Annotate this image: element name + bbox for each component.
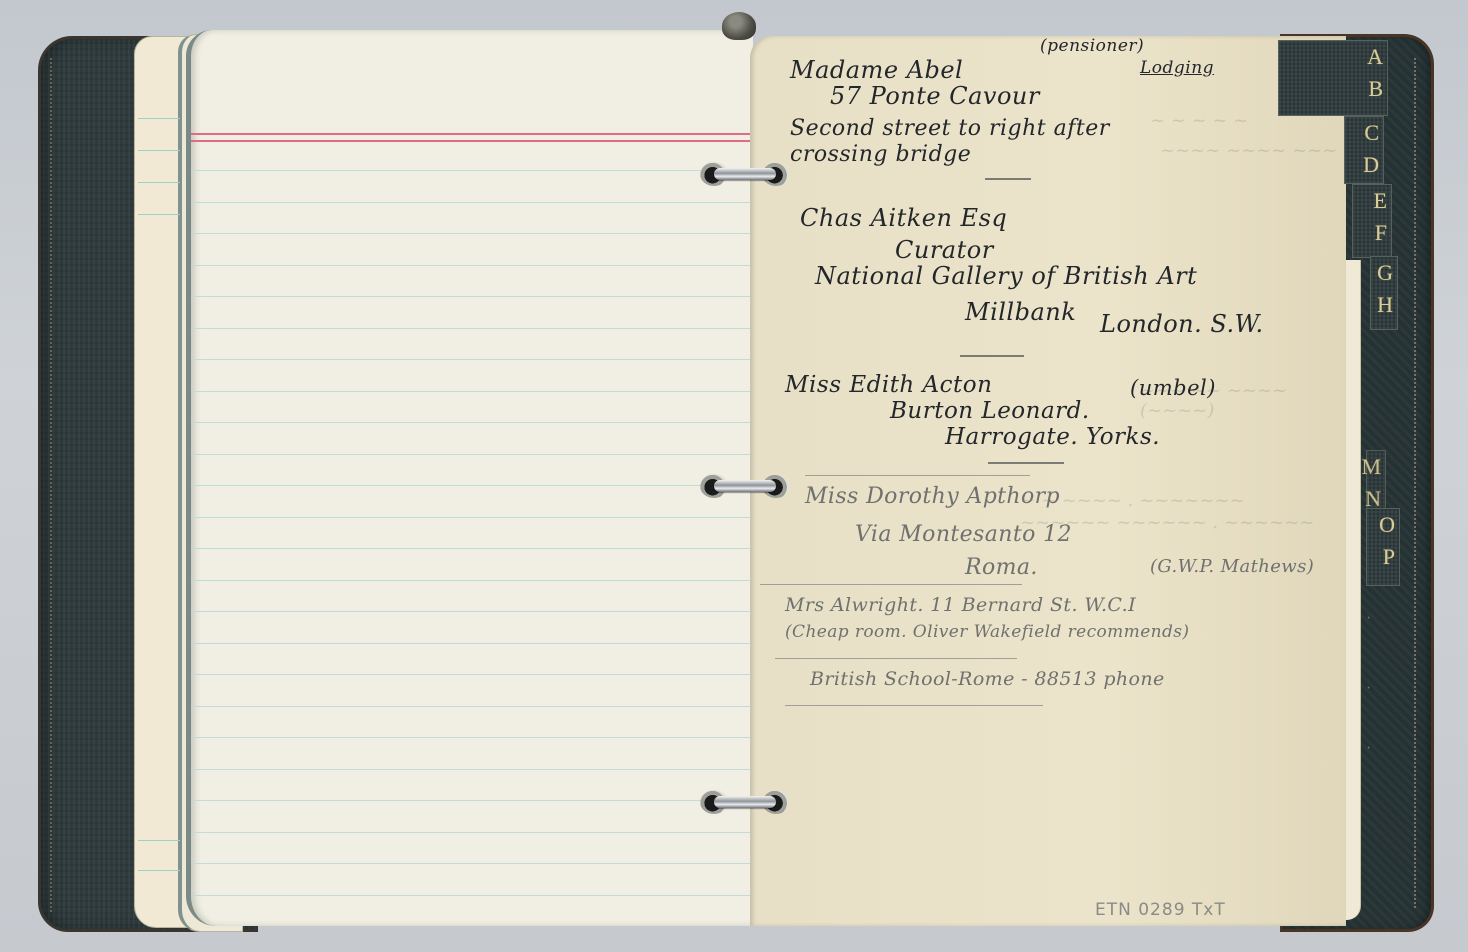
entry-divider bbox=[805, 475, 1030, 476]
margin-rule bbox=[191, 133, 753, 142]
page-ruling bbox=[191, 737, 753, 738]
entry-apthorp-city: Roma. bbox=[965, 555, 1038, 580]
page-ruling bbox=[191, 548, 753, 549]
edge-ruling bbox=[138, 214, 180, 215]
entry-alwright-note: (Cheap room. Oliver Wakefield recommends… bbox=[785, 622, 1189, 642]
left-lined-page[interactable] bbox=[186, 30, 753, 926]
page-ruling bbox=[191, 611, 753, 612]
page-ruling bbox=[191, 265, 753, 266]
index-tab-op[interactable]: O P bbox=[1366, 508, 1400, 586]
page-ruling bbox=[191, 202, 753, 203]
tab-letter: B bbox=[1368, 73, 1383, 105]
entry-acton-note: (umbel) bbox=[1130, 376, 1216, 400]
entry-aitken-title: Curator bbox=[895, 236, 994, 264]
tab-letter: D bbox=[1363, 149, 1379, 181]
entry-acton-town: Harrogate. Yorks. bbox=[945, 424, 1160, 450]
tab-letter: C bbox=[1364, 117, 1379, 149]
edge-ruling bbox=[138, 840, 180, 841]
worn-tab-letter: · bbox=[1366, 740, 1382, 758]
entry-aitken-street: Millbank bbox=[965, 298, 1076, 326]
entry-aitken-institution: National Gallery of British Art bbox=[815, 262, 1197, 290]
entry-divider bbox=[785, 705, 1043, 706]
entry-apthorp-street: Via Montesanto 12 bbox=[855, 522, 1072, 547]
bleed-through-text: ~ ~ ~ ~ ~ bbox=[1150, 110, 1248, 131]
worn-tab-letter: · bbox=[1366, 680, 1382, 698]
entry-apthorp-reference: (G.W.P. Mathews) bbox=[1150, 556, 1314, 577]
bleed-through-text: ~~~~ ~~~~ ~~~ bbox=[1160, 140, 1337, 161]
cover-stitching bbox=[50, 58, 52, 912]
edge-ruling bbox=[138, 182, 180, 183]
entry-abel-directions-1: Second street to right after bbox=[790, 116, 1110, 141]
entry-acton-name: Miss Edith Acton bbox=[785, 372, 992, 398]
catalog-mark: ETN 0289 TxT bbox=[1095, 900, 1226, 920]
bleed-through-text: (~~~~) bbox=[1140, 400, 1214, 421]
entry-aitken-city: London. S.W. bbox=[1100, 310, 1264, 338]
entry-abel-name: Madame Abel bbox=[790, 56, 963, 84]
tab-letter: G bbox=[1377, 257, 1393, 289]
binder-ring-bottom bbox=[700, 788, 796, 816]
entry-divider bbox=[985, 178, 1031, 180]
page-ruling bbox=[191, 832, 753, 833]
page-ruling bbox=[191, 233, 753, 234]
page-ruling bbox=[191, 454, 753, 455]
ring-metal bbox=[714, 168, 776, 180]
edge-ruling bbox=[138, 118, 180, 119]
entry-acton-village: Burton Leonard. bbox=[890, 398, 1090, 424]
page-ruling bbox=[191, 485, 753, 486]
tab-letter: E bbox=[1374, 185, 1387, 217]
entry-divider bbox=[760, 584, 1022, 585]
edge-ruling bbox=[138, 870, 180, 871]
entry-british-school: British School-Rome - 88513 phone bbox=[810, 668, 1165, 690]
index-tab-cd[interactable]: C D bbox=[1344, 116, 1384, 184]
tab-letter: F bbox=[1375, 217, 1387, 249]
page-ruling bbox=[191, 517, 753, 518]
page-ruling bbox=[191, 391, 753, 392]
entry-apthorp-name: Miss Dorothy Apthorp bbox=[805, 484, 1060, 509]
edge-ruling bbox=[138, 150, 180, 151]
entry-abel-note: (pensioner) bbox=[1040, 36, 1144, 56]
page-ruling bbox=[191, 422, 753, 423]
ring-metal bbox=[714, 480, 776, 492]
page-ruling bbox=[191, 359, 753, 360]
tab-letter: O bbox=[1379, 509, 1395, 541]
index-tab-ef[interactable]: E F bbox=[1352, 184, 1392, 258]
page-ruling bbox=[191, 863, 753, 864]
page-ruling bbox=[191, 674, 753, 675]
entry-abel-directions-2: crossing bridge bbox=[790, 142, 971, 167]
ring-metal bbox=[714, 796, 776, 808]
page-ruling bbox=[191, 800, 753, 801]
page-ruling bbox=[191, 895, 753, 896]
page-ruling bbox=[191, 580, 753, 581]
entry-divider bbox=[960, 355, 1024, 357]
page-ruling bbox=[191, 643, 753, 644]
binder-post bbox=[722, 12, 756, 40]
entry-divider bbox=[988, 462, 1064, 464]
index-tab-gh[interactable]: G H bbox=[1370, 256, 1398, 330]
tab-letter: M bbox=[1361, 451, 1381, 483]
tab-letter: A bbox=[1367, 41, 1383, 73]
cover-stitching bbox=[1414, 58, 1416, 908]
binder-ring-middle bbox=[700, 472, 796, 500]
right-address-page[interactable] bbox=[750, 36, 1346, 926]
entry-divider bbox=[775, 658, 1017, 659]
page-ruling bbox=[191, 769, 753, 770]
entry-alwright-address: Mrs Alwright. 11 Bernard St. W.C.I bbox=[785, 594, 1136, 616]
tab-letter: H bbox=[1377, 289, 1393, 321]
worn-tab-letter: · bbox=[1366, 610, 1382, 628]
page-ruling bbox=[191, 170, 753, 171]
page-ruling bbox=[191, 296, 753, 297]
entry-abel-address: 57 Ponte Cavour bbox=[830, 82, 1040, 110]
index-tab-ab[interactable]: A B bbox=[1278, 40, 1388, 116]
tab-letter: P bbox=[1383, 541, 1395, 573]
entry-abel-tag: Lodging bbox=[1140, 58, 1214, 78]
entry-aitken-name: Chas Aitken Esq bbox=[800, 204, 1007, 232]
binder-ring-top bbox=[700, 160, 796, 188]
page-ruling bbox=[191, 328, 753, 329]
page-ruling bbox=[191, 706, 753, 707]
